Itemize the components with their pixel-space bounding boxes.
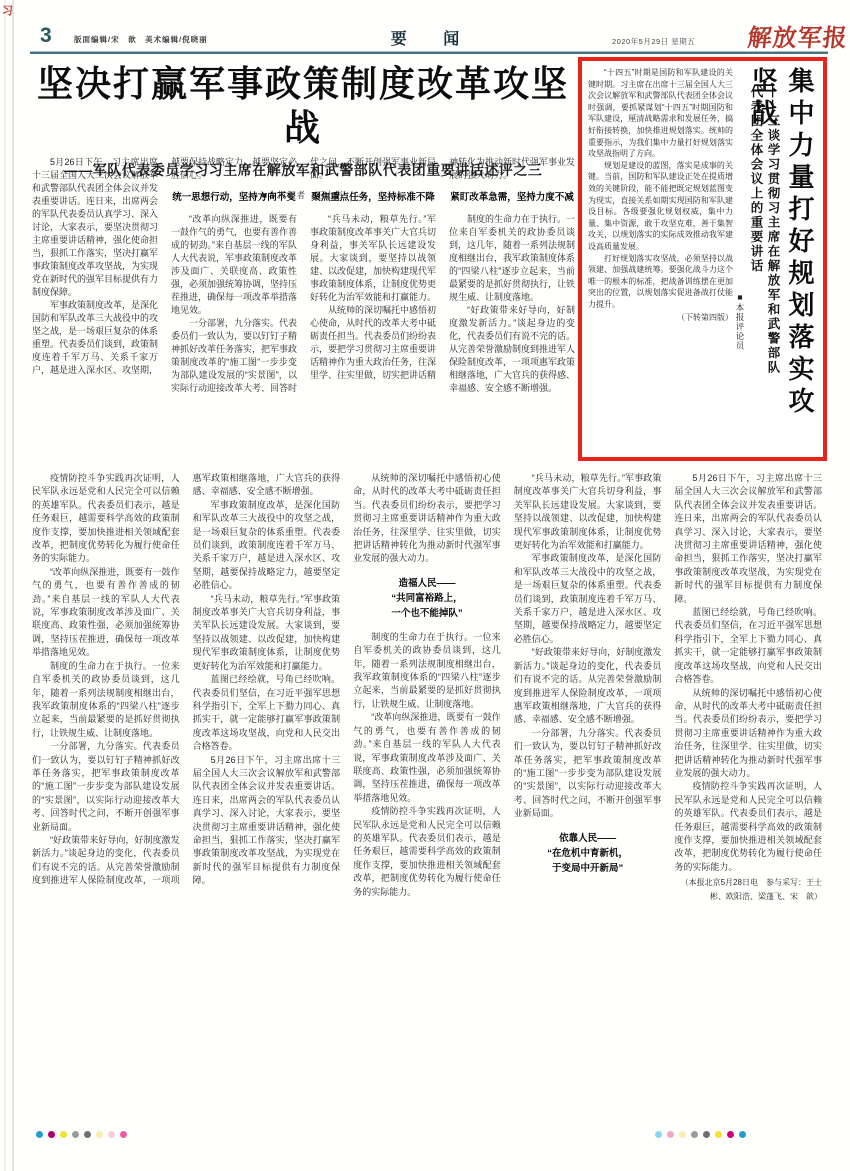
boxed-article-vertical-headline: 集中力量打好规划落实攻坚战 <box>785 67 819 449</box>
registration-dot <box>667 1131 674 1138</box>
boxed-article-body: “十四五”时期是国防和军队建设的关键时期。习主席在出席十三届全国人大三次会议解放… <box>588 67 733 451</box>
body-paragraph: 蓝图已经绘就，号角已经吹响。代表委员们坚信，在习近平强军思想科学指引下，全军上下… <box>674 606 822 686</box>
body-paragraph: “改革向纵深推进，既要有一鼓作气的勇气，也要有善作善成的韧劲。”来自基层一线的军… <box>353 711 501 805</box>
body-paragraph: “改革向纵深推进，既要有一鼓作气的勇气，也要有善作善成的韧劲。”来自基层一线的军… <box>32 566 180 660</box>
body-paragraph: 从统帅的深切嘱托中感悟初心使命，从时代的改革大考中砥砺责任担当。代表委员们纷纷表… <box>353 472 501 566</box>
body-paragraph: “好政策带来好导向，好制度激发新活力。”谈起身边的变化，代表委员们有说不完的话。… <box>514 646 662 726</box>
scan-edge-line <box>12 0 14 1171</box>
registration-dot <box>715 1131 722 1138</box>
registration-dot <box>60 1131 67 1138</box>
registration-dot <box>72 1131 79 1138</box>
boxed-article-byline: ■本报评论员 <box>734 292 746 351</box>
body-paragraph: 规划是建设的蓝图，落实是成事的关键。当前，国防和军队建设正处在提质增效的关键阶段… <box>588 160 733 253</box>
registration-dot <box>691 1131 698 1138</box>
newspaper-masthead: 解放军报 <box>746 18 850 53</box>
continuation-note: （下转第四版） <box>588 312 733 324</box>
body-paragraph: 5月26日下午，习主席出席十三届全国人大三次会议解放军和武警部队代表团全体会议并… <box>193 754 341 888</box>
main-headline: 坚决打赢军事政策制度改革攻坚战 <box>30 62 576 150</box>
body-paragraph: 5月26日下午，习主席出席十三届全国人大三次会议解放军和武警部队代表团全体会议并… <box>674 472 822 606</box>
body-paragraph: “十四五”时期是国防和军队建设的关键时期。习主席在出席十三届全国人大三次会议解放… <box>588 67 733 160</box>
section-title: 要 闻 <box>0 26 850 49</box>
body-paragraph: “兵马未动，粮草先行。”军事政策制度改革事关广大官兵切身利益，事关军队长远建设发… <box>310 213 436 304</box>
body-paragraph: “好政策带来好导向，好制度激发新活力。”谈起身边的变化，代表委员们有说不完的话。… <box>449 304 575 395</box>
pull-quote: 造福人民——“共同富裕路上，一个也不能掉队” <box>353 576 501 621</box>
body-paragraph: 制度的生命力在于执行。一位来自军委机关的政协委员谈到，这几年，随着一系列法规制度… <box>353 631 501 711</box>
registration-dot <box>48 1131 55 1138</box>
boxed-article-subtitle-area: ——三谈学习贯彻习主席在解放军和武警部队代表团全体会议上的重要讲话 ■本报评论员 <box>733 67 783 451</box>
scan-edge-line <box>4 0 6 1171</box>
crosshead: 紧盯改革急需，坚持力度不减 <box>449 191 575 204</box>
body-paragraph: 制度的生命力在于执行。一位来自军委机关的政协委员谈到，这几年，随着一系列法规制度… <box>449 213 575 304</box>
boxed-article-subtitle: ——三谈学习贯彻习主席在解放军和武警部队代表团全体会议上的重要讲话 <box>747 85 781 385</box>
body-paragraph: 一分部署，九分落实。代表委员们一致认为，要以钉钉子精神抓好改革任务落实，把军事政… <box>514 727 662 821</box>
upper-text-columns: 5月26日下午，习主席出席十三届全国人大三次会议解放军和武警部队代表团全体会议并… <box>32 156 575 462</box>
registration-dot <box>739 1131 746 1138</box>
lower-text-columns: 疫情防控斗争实践再次证明，人民军队永远是党和人民完全可以信赖的英雄军队。代表委员… <box>32 472 822 1132</box>
print-registration-dots-right <box>655 1131 746 1138</box>
registration-dot <box>727 1131 734 1138</box>
registration-dot <box>108 1131 115 1138</box>
boxed-commentary-article: “十四五”时期是国防和军队建设的关键时期。习主席在出席十三届全国人大三次会议解放… <box>578 57 827 461</box>
registration-dot <box>36 1131 43 1138</box>
body-paragraph: 5月26日下午，习主席出席十三届全国人大三次会议解放军和武警部队代表团全体会议并… <box>32 156 158 299</box>
body-paragraph: 军事政策制度改革，是深化国防和军队改革三大战役中的攻坚之战，是一场艰巨复杂的体系… <box>514 552 662 646</box>
body-paragraph: 蓝图已经绘就，号角已经吹响。代表委员们坚信，在习近平强军思想科学指引下，全军上下… <box>193 673 341 753</box>
crosshead: 聚焦重点任务，坚持标准不降 <box>310 191 436 204</box>
body-paragraph: “改革向纵深推进，既要有一鼓作气的勇气，也要有善作善成的韧劲。”来自基层一线的军… <box>171 213 297 317</box>
continuation-note: （本报北京5月28日电 参与采写：王士彬、欧阳浩、梁蓬飞、宋 歆） <box>674 876 822 903</box>
body-paragraph: 制度的生命力在于执行。一位来自军委机关的政协委员谈到，这几年，随着一系列法规制度… <box>32 660 180 740</box>
corner-red-mark: 习 <box>2 2 13 18</box>
body-paragraph: “兵马未动，粮草先行。”军事政策制度改革事关广大官兵切身利益，事关军队长远建设发… <box>514 472 662 552</box>
header-rule <box>30 51 828 54</box>
body-paragraph: 军事政策制度改革，是深化国防和军队改革三大战役中的攻坚之战，是一场艰巨复杂的体系… <box>193 499 341 593</box>
newspaper-page: 习 3 版面编辑/宋 歆 美术编辑/倪晓丽 要 闻 2020年5月29日 星期五… <box>0 0 850 1171</box>
registration-dot <box>96 1131 103 1138</box>
body-paragraph: 从统帅的深切嘱托中感悟初心使命，从时代的改革大考中砥砺责任担当。代表委员们纷纷表… <box>674 687 822 781</box>
body-paragraph: 疫情防控斗争实践再次证明，人民军队永远是党和人民完全可以信赖的英雄军队。代表委员… <box>674 780 822 874</box>
registration-dot <box>703 1131 710 1138</box>
body-paragraph: 疫情防控斗争实践再次证明，人民军队永远是党和人民完全可以信赖的英雄军队。代表委员… <box>353 805 501 899</box>
registration-dot <box>679 1131 686 1138</box>
crosshead: 统一思想行动，坚持方向不变 <box>171 191 297 204</box>
body-paragraph: “兵马未动，粮草先行。”军事政策制度改革事关广大官兵切身利益，事关军队长远建设发… <box>193 593 341 673</box>
body-paragraph: 疫情防控斗争实践再次证明，人民军队永远是党和人民完全可以信赖的英雄军队。代表委员… <box>32 472 180 566</box>
body-paragraph: 一分部署，九分落实。代表委员们一致认为，要以钉钉子精神抓好改革任务落实，把军事政… <box>32 740 180 834</box>
print-registration-dots-left <box>36 1131 127 1138</box>
body-paragraph: 打好规划落实攻坚战，必须坚持以战领建、加强战建统筹。要强化战斗力这个唯一的根本的… <box>588 253 733 311</box>
registration-dot <box>84 1131 91 1138</box>
pull-quote: 依靠人民——“在危机中育新机，于变局中开新局” <box>514 831 662 876</box>
registration-dot <box>655 1131 662 1138</box>
date-line: 2020年5月29日 星期五 <box>612 36 695 47</box>
registration-dot <box>120 1131 127 1138</box>
